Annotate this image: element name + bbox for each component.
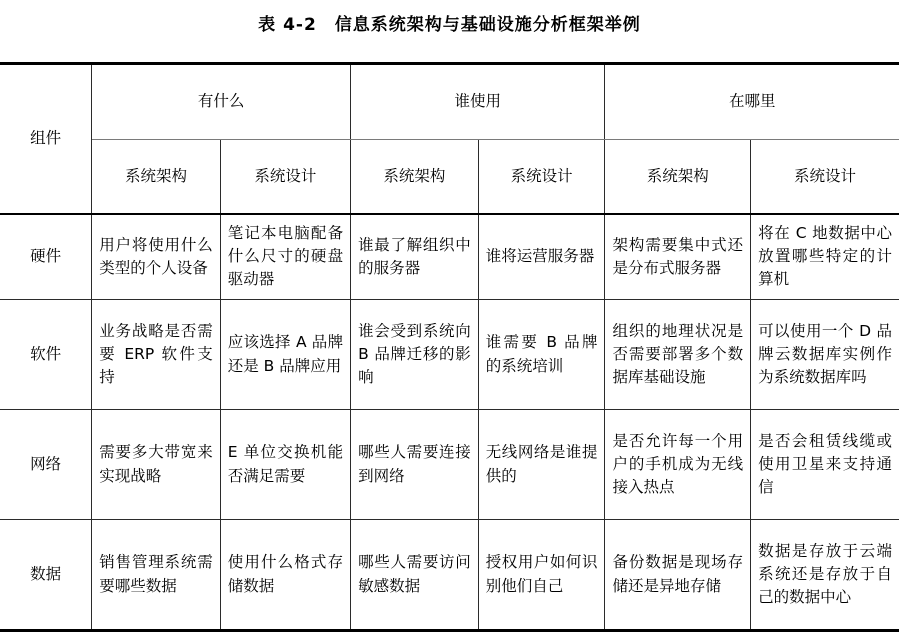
table-row-network: 网络 需要多大带宽来实现战略 E 单位交换机能否满足需要 哪些人需要连接到网络 …: [0, 410, 899, 520]
subheader-where-design: 系统设计: [751, 140, 899, 214]
subheader-where-architecture: 系统架构: [605, 140, 751, 214]
cell-data-what-architecture: 销售管理系统需要哪些数据: [92, 520, 221, 631]
cell-data-who-design: 授权用户如何识别他们自己: [478, 520, 605, 631]
header-component: 组件: [0, 64, 92, 214]
header-sub-row: 系统架构 系统设计 系统架构 系统设计 系统架构 系统设计: [0, 140, 899, 214]
cell-hardware-who-architecture: 谁最了解组织中的服务器: [351, 214, 479, 300]
cell-hardware-what-design: 笔记本电脑配备什么尺寸的硬盘驱动器: [220, 214, 350, 300]
cell-hardware-what-architecture: 用户将使用什么类型的个人设备: [92, 214, 221, 300]
table-number: 表 4-2: [258, 10, 317, 35]
table-row-software: 软件 业务战略是否需要 ERP 软件支持 应该选择 A 品牌还是 B 品牌应用 …: [0, 300, 899, 410]
cell-software-where-architecture: 组织的地理状况是否需要部署多个数据库基础设施: [605, 300, 751, 410]
analysis-framework-table: 组件 有什么 谁使用 在哪里 系统架构 系统设计 系统架构 系统设计 系统架构 …: [0, 62, 899, 632]
group-header-what: 有什么: [92, 64, 351, 140]
subheader-what-architecture: 系统架构: [92, 140, 221, 214]
cell-software-who-design: 谁需要 B 品牌的系统培训: [478, 300, 605, 410]
cell-hardware-where-architecture: 架构需要集中式还是分布式服务器: [605, 214, 751, 300]
cell-software-where-design: 可以使用一个 D 品牌云数据库实例作为系统数据库吗: [751, 300, 899, 410]
cell-software-what-design: 应该选择 A 品牌还是 B 品牌应用: [220, 300, 350, 410]
group-header-where: 在哪里: [605, 64, 899, 140]
table-title: 表 4-2信息系统架构与基础设施分析框架举例: [0, 0, 899, 62]
row-label-data: 数据: [0, 520, 92, 631]
cell-network-who-design: 无线网络是谁提供的: [478, 410, 605, 520]
table-title-text: 信息系统架构与基础设施分析框架举例: [335, 10, 641, 35]
table-row-data: 数据 销售管理系统需要哪些数据 使用什么格式存储数据 哪些人需要访问敏感数据 授…: [0, 520, 899, 631]
row-label-software: 软件: [0, 300, 92, 410]
table-row-hardware: 硬件 用户将使用什么类型的个人设备 笔记本电脑配备什么尺寸的硬盘驱动器 谁最了解…: [0, 214, 899, 300]
group-header-who: 谁使用: [351, 64, 605, 140]
cell-data-what-design: 使用什么格式存储数据: [220, 520, 350, 631]
cell-data-where-design: 数据是存放于云端系统还是存放于自己的数据中心: [751, 520, 899, 631]
subheader-what-design: 系统设计: [220, 140, 350, 214]
cell-software-who-architecture: 谁会受到系统向 B 品牌迁移的影响: [351, 300, 479, 410]
cell-hardware-where-design: 将在 C 地数据中心放置哪些特定的计算机: [751, 214, 899, 300]
subheader-who-design: 系统设计: [478, 140, 605, 214]
subheader-who-architecture: 系统架构: [351, 140, 479, 214]
cell-data-who-architecture: 哪些人需要访问敏感数据: [351, 520, 479, 631]
cell-network-where-design: 是否会租赁线缆或使用卫星来支持通信: [751, 410, 899, 520]
document-page: 表 4-2信息系统架构与基础设施分析框架举例 组件 有什么 谁使用 在哪里 系统…: [0, 0, 899, 632]
cell-data-where-architecture: 备份数据是现场存储还是异地存储: [605, 520, 751, 631]
cell-network-who-architecture: 哪些人需要连接到网络: [351, 410, 479, 520]
cell-network-where-architecture: 是否允许每一个用户的手机成为无线接入热点: [605, 410, 751, 520]
cell-hardware-who-design: 谁将运营服务器: [478, 214, 605, 300]
cell-network-what-architecture: 需要多大带宽来实现战略: [92, 410, 221, 520]
cell-network-what-design: E 单位交换机能否满足需要: [220, 410, 350, 520]
cell-software-what-architecture: 业务战略是否需要 ERP 软件支持: [92, 300, 221, 410]
header-group-row: 组件 有什么 谁使用 在哪里: [0, 64, 899, 140]
row-label-hardware: 硬件: [0, 214, 92, 300]
row-label-network: 网络: [0, 410, 92, 520]
